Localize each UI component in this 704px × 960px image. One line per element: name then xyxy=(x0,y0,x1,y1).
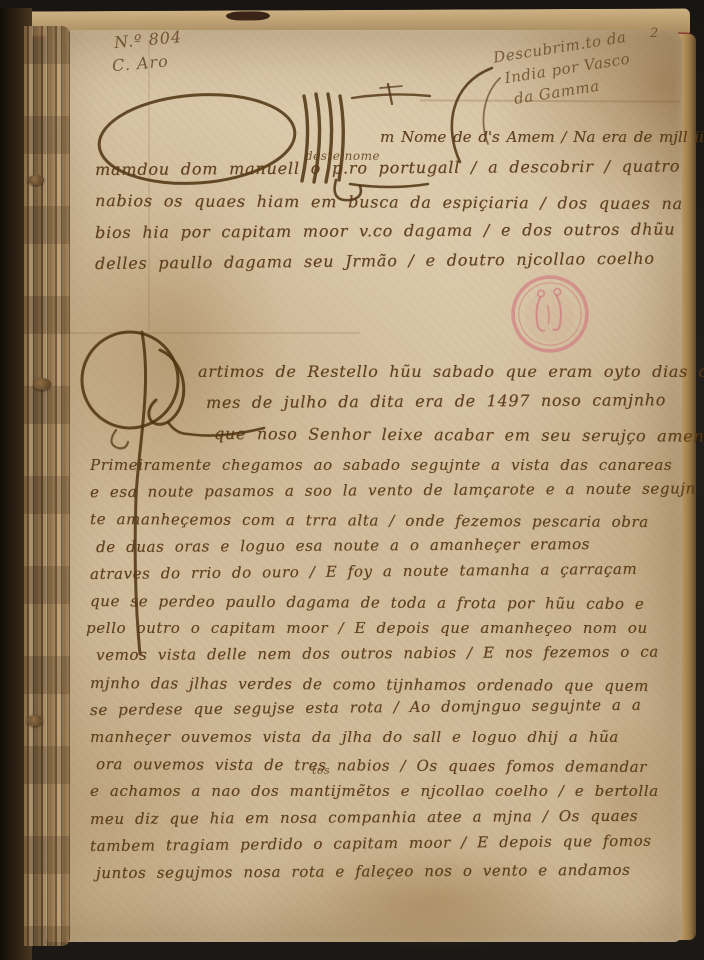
manuscript-line: e achamos a nao dos mantijmẽtos e njcoll… xyxy=(90,778,690,805)
manuscript-line: que se perdeo paullo dagama de toda a fr… xyxy=(90,588,690,618)
manuscript-line: vemos vista delle nem dos outros nabios … xyxy=(96,639,690,670)
manuscript-line: atraves do rrio do ouro / E foy a noute … xyxy=(90,555,690,588)
binding-stitch xyxy=(33,378,51,390)
binding-stitch xyxy=(27,715,43,726)
manuscript-line: artimos de Restello hũu sabado que eram … xyxy=(198,356,686,387)
manuscript-line: delles paullo dagama seu Jrmão / e doutr… xyxy=(95,242,690,279)
manuscript-line: juntos segujmos nosa rota e faleçeo nos … xyxy=(96,856,690,887)
cover-damage-notch xyxy=(226,11,270,20)
paragraph-voyage: Primeiramente chegamos ao sabado segujnt… xyxy=(90,452,690,887)
shelfmark-annotation: N.º 804C. Aro xyxy=(113,25,185,77)
photo-frame: N.º 804C. Aro 2 Descubrim.to daIndia por… xyxy=(0,0,704,960)
interlinear-insertion: tos xyxy=(312,764,330,777)
manuscript-line: ora ouvemos vista de tres nabios / Os qu… xyxy=(96,751,690,781)
manuscript-line: se perdese que segujse esta rota / Ao do… xyxy=(90,691,690,724)
binding-stitch xyxy=(28,175,44,185)
manuscript-line: mes de julho da dita era de 1497 noso ca… xyxy=(206,384,686,418)
interlinear-insertion: deste nome xyxy=(305,149,380,163)
manuscript-line: mamdou dom manuell o p.ro portugall / a … xyxy=(95,150,690,185)
manuscript-line: tambem tragiam perdido o capitam moor / … xyxy=(90,827,690,860)
paragraph-departure: artimos de Restello hũu sabado que eram … xyxy=(198,356,686,449)
manuscript-line: e esa noute pasamos a soo la vento de la… xyxy=(90,476,690,507)
manuscript-line: m Nome de d's Amem / Na era de mjll iiij… xyxy=(95,122,690,154)
folio-number: 2 xyxy=(650,26,658,41)
manuscript-line: manheçer ouvemos vista da jlha do sall e… xyxy=(90,724,690,751)
frayed-page-edges xyxy=(24,26,70,946)
paragraph-opening: m Nome de d's Amem / Na era de mjll iiij… xyxy=(95,122,690,280)
manuscript-line: que noso Senhor leixe acabar em seu seru… xyxy=(214,418,686,451)
